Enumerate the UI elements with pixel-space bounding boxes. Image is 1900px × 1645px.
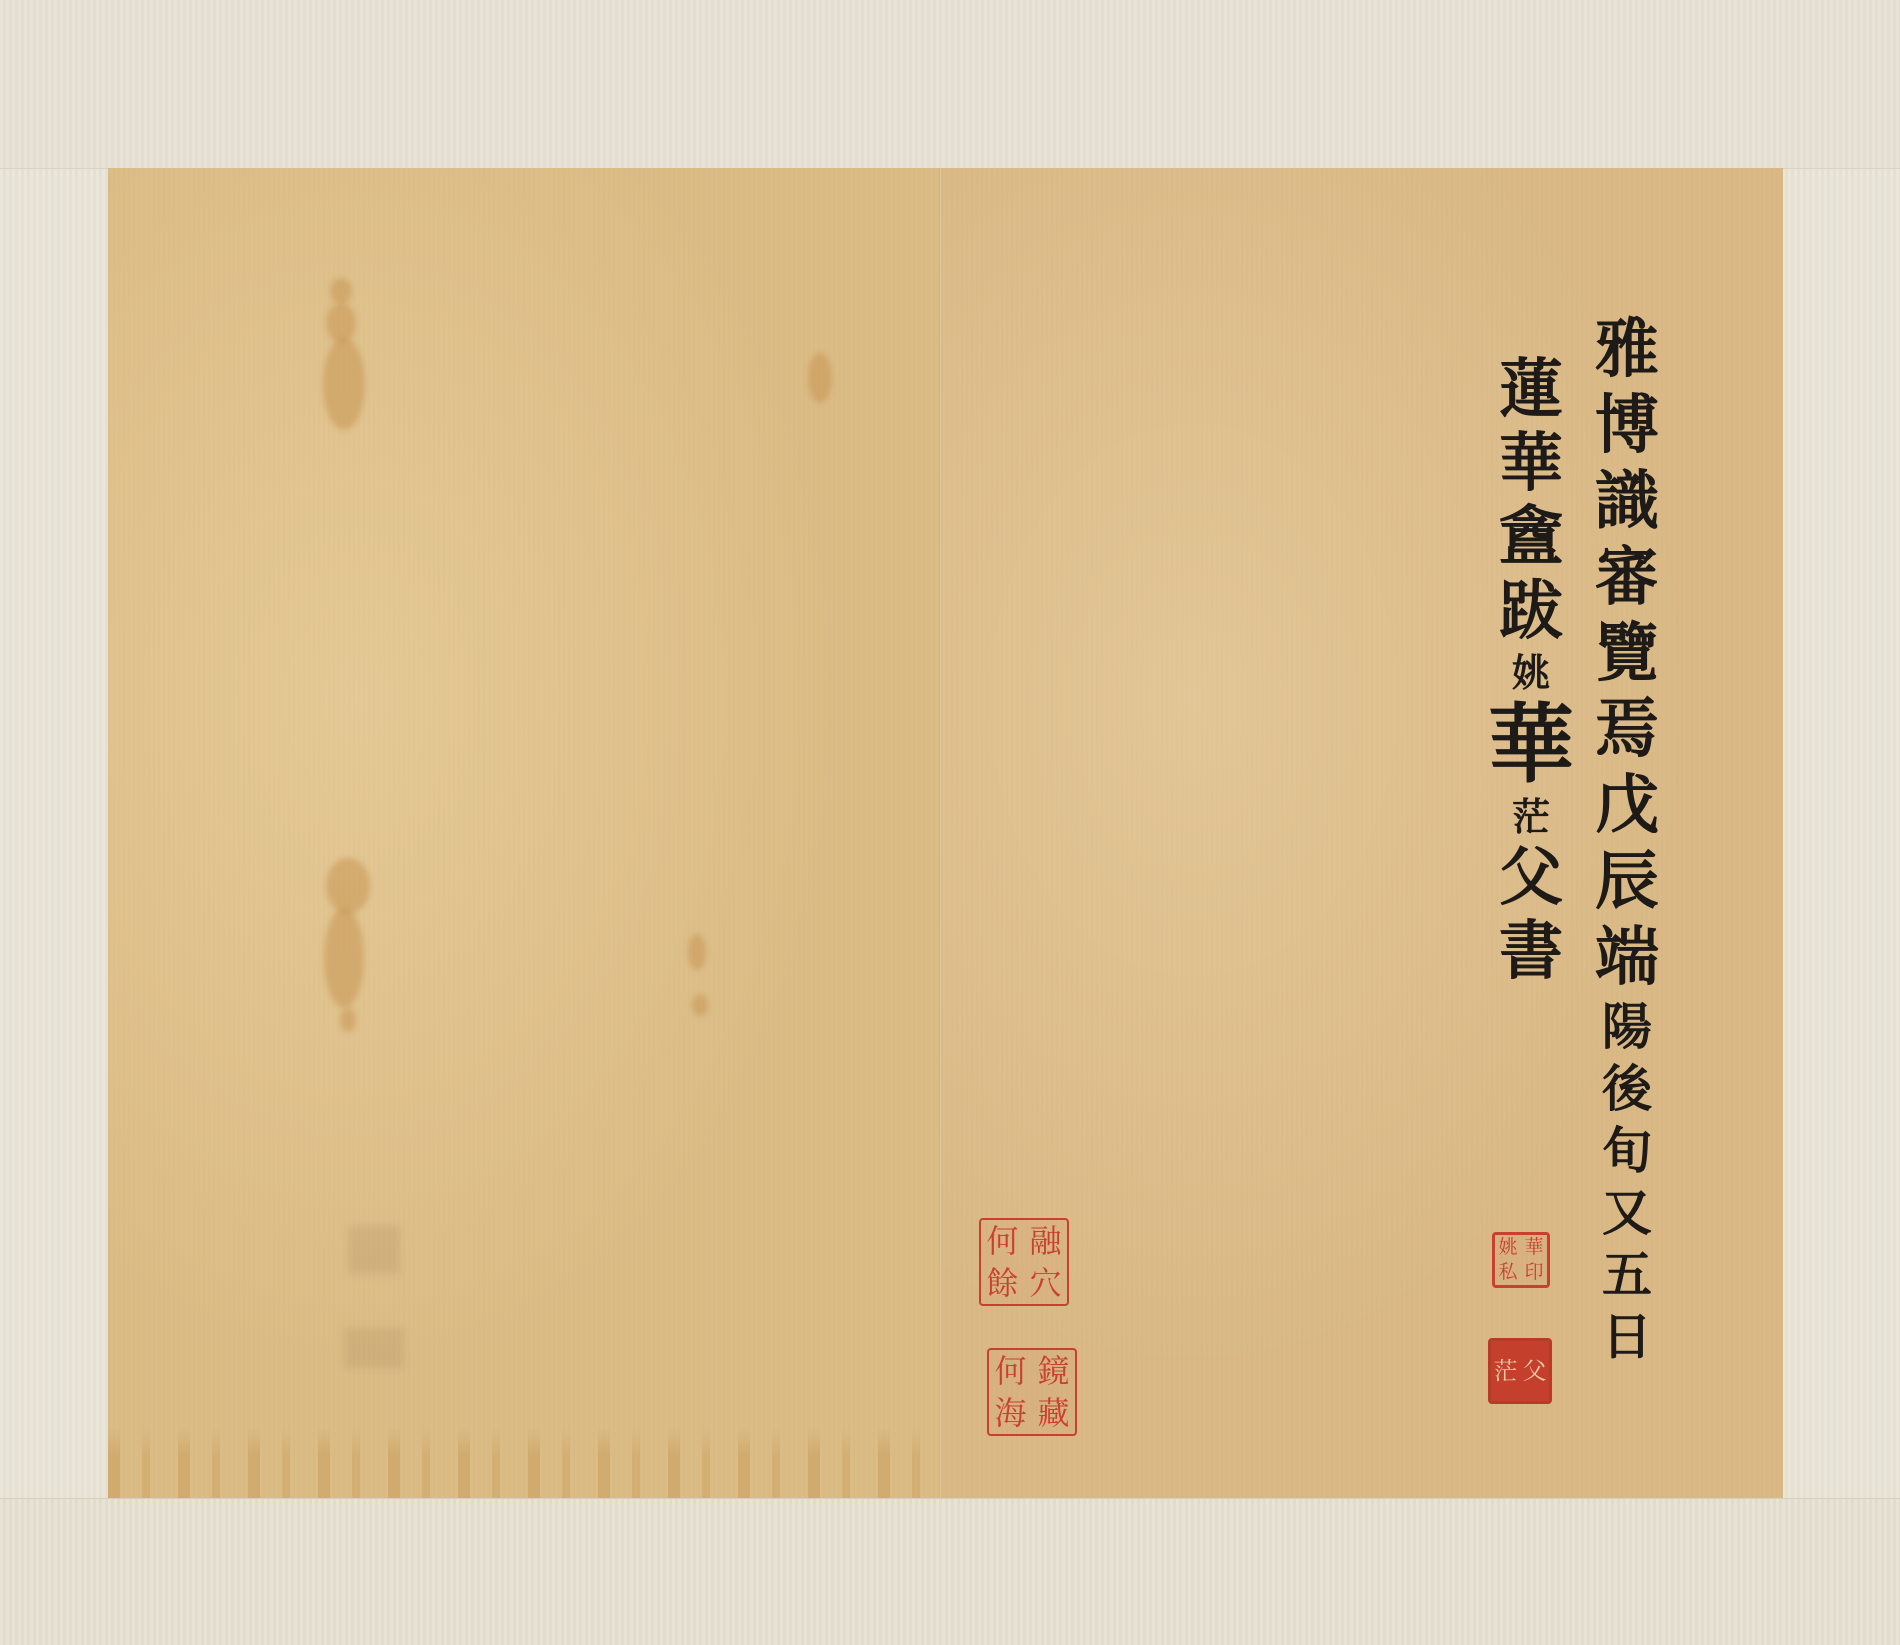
char: 父	[1499, 846, 1563, 910]
char: 覽	[1595, 622, 1659, 686]
char: 又	[1602, 1188, 1652, 1238]
seal-char: 茫	[1494, 1359, 1518, 1383]
silk-mount-top	[0, 0, 1900, 168]
seal-char: 融	[1029, 1225, 1061, 1257]
stain	[340, 1008, 356, 1032]
seal-offset-ghost	[348, 1226, 400, 1274]
seal-char: 鏡	[1037, 1355, 1069, 1387]
inscription-left-column: 蓮 華 盦 跋 姚 華 茫 父 書	[1488, 358, 1574, 984]
left-leaf-paper	[108, 168, 940, 1498]
char: 華	[1499, 432, 1563, 496]
char: 書	[1499, 920, 1563, 984]
seal-char: 姚	[1498, 1238, 1517, 1257]
seal-char: 穴	[1029, 1267, 1061, 1299]
stain	[326, 303, 356, 343]
seal-char: 印	[1524, 1263, 1543, 1282]
char: 旬	[1602, 1126, 1652, 1176]
char: 華	[1488, 702, 1574, 788]
char: 戊	[1595, 774, 1659, 838]
seal-offset-ghost	[344, 1328, 404, 1368]
stain	[808, 353, 832, 403]
char: 盦	[1499, 506, 1563, 570]
seal-char: 父	[1523, 1359, 1547, 1383]
seal-char: 私	[1498, 1263, 1517, 1282]
inscription-right-column: 雅 博 識 審 覽 焉 戊 辰 端 陽 後 旬 又 五 日	[1595, 318, 1659, 1362]
stain	[688, 934, 706, 970]
seal-char: 藏	[1037, 1397, 1069, 1429]
silk-mount-bottom	[0, 1498, 1900, 1645]
char: 五	[1602, 1250, 1652, 1300]
stain	[330, 278, 352, 304]
artist-seal-2: 茫 父	[1488, 1338, 1552, 1404]
char: 焉	[1595, 698, 1659, 762]
char: 辰	[1595, 850, 1659, 914]
char: 茫	[1512, 798, 1550, 836]
char: 日	[1602, 1312, 1652, 1362]
seal-char: 華	[1524, 1238, 1543, 1257]
seal-char: 餘	[986, 1267, 1018, 1299]
seal-char: 何	[994, 1355, 1026, 1387]
char: 端	[1595, 926, 1659, 990]
stain	[692, 994, 708, 1016]
char: 姚	[1512, 654, 1550, 692]
char: 跋	[1499, 580, 1563, 644]
char: 博	[1595, 394, 1659, 458]
stain	[326, 858, 370, 914]
char: 蓮	[1499, 358, 1563, 422]
collector-seal-1: 何 融 餘 穴	[979, 1218, 1069, 1306]
artist-seal-1: 姚 華 私 印	[1492, 1232, 1550, 1288]
char: 識	[1595, 470, 1659, 534]
collector-seal-2: 何 鏡 海 藏	[987, 1348, 1077, 1436]
stain	[323, 338, 365, 430]
stain	[324, 908, 364, 1008]
char: 陽	[1602, 1002, 1652, 1052]
char: 雅	[1595, 318, 1659, 382]
seal-char: 何	[986, 1225, 1018, 1257]
seal-char: 海	[994, 1397, 1026, 1429]
water-tide-stain	[108, 1428, 940, 1498]
char: 審	[1595, 546, 1659, 610]
char: 後	[1602, 1064, 1652, 1114]
